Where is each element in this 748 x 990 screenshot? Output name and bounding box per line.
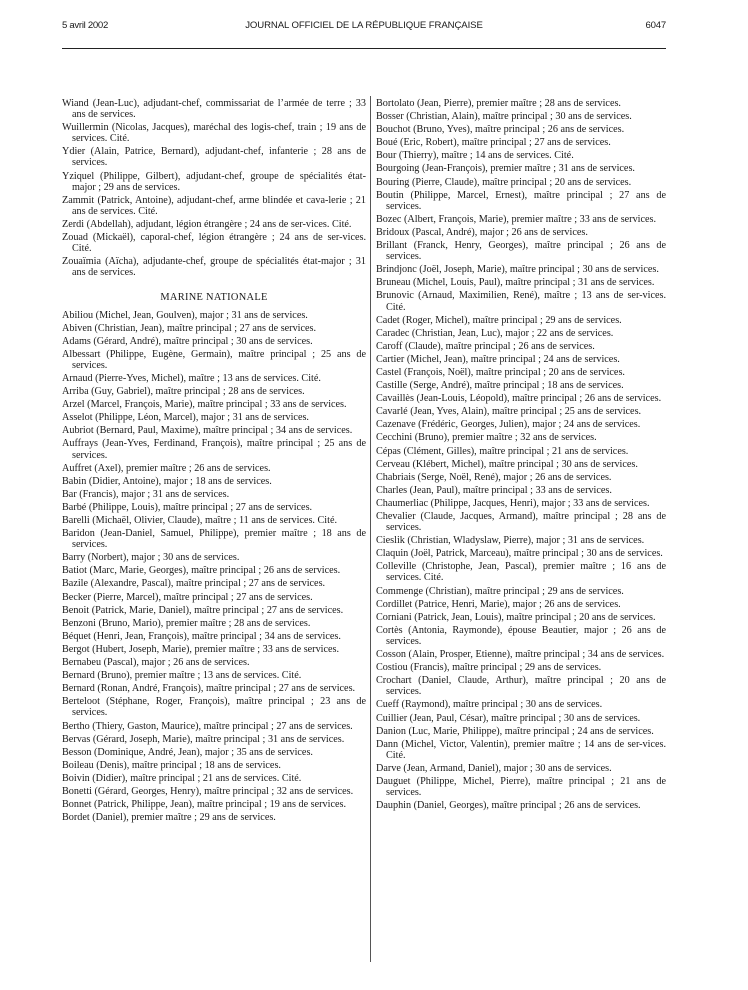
list-item: Wiand (Jean-Luc), adjudant-chef, commiss…	[62, 98, 366, 120]
page-header: 5 avril 2002 JOURNAL OFFICIEL DE LA RÉPU…	[62, 20, 666, 49]
list-item: Abiven (Christian, Jean), maître princip…	[62, 323, 366, 334]
navy-entries: Abiliou (Michel, Jean, Goulven), major ;…	[62, 310, 366, 824]
list-item: Cordillet (Patrice, Henri, Marie), major…	[376, 599, 666, 610]
list-item: Caroff (Claude), maître principal ; 26 a…	[376, 341, 666, 352]
list-item: Bour (Thierry), maître ; 14 ans de servi…	[376, 150, 666, 161]
list-item: Bazile (Alexandre, Pascal), maître princ…	[62, 578, 366, 589]
list-item: Baridon (Jean-Daniel, Samuel, Philippe),…	[62, 528, 366, 550]
list-item: Arzel (Marcel, François, Marie), maître …	[62, 399, 366, 410]
section-title-marine-nationale: MARINE NATIONALE	[62, 292, 366, 303]
list-item: Arnaud (Pierre-Yves, Michel), maître ; 1…	[62, 373, 366, 384]
list-item: Bar (Francis), major ; 31 ans de service…	[62, 489, 366, 500]
left-column: Wiand (Jean-Luc), adjudant-chef, commiss…	[62, 98, 366, 825]
list-item: Castille (Serge, André), maître principa…	[376, 380, 666, 391]
list-item: Barbé (Philippe, Louis), maître principa…	[62, 502, 366, 513]
list-item: Cavarlé (Jean, Yves, Alain), maître prin…	[376, 406, 666, 417]
list-item: Bridoux (Pascal, André), major ; 26 ans …	[376, 227, 666, 238]
list-item: Brunovic (Arnaud, Maximilien, René), maî…	[376, 290, 666, 312]
list-item: Bosser (Christian, Alain), maître princi…	[376, 111, 666, 122]
list-item: Cieslik (Christian, Wladyslaw, Pierre), …	[376, 535, 666, 546]
list-item: Bortolato (Jean, Pierre), premier maître…	[376, 98, 666, 109]
list-item: Bernabeu (Pascal), major ; 26 ans de ser…	[62, 657, 366, 668]
list-item: Bergot (Hubert, Joseph, Marie), premier …	[62, 644, 366, 655]
list-item: Boutin (Philippe, Marcel, Ernest), maîtr…	[376, 190, 666, 212]
list-item: Danion (Luc, Marie, Philippe), maître pr…	[376, 726, 666, 737]
list-item: Cueff (Raymond), maître principal ; 30 a…	[376, 699, 666, 710]
list-item: Corniani (Patrick, Jean, Louis), maître …	[376, 612, 666, 623]
list-item: Bonnet (Patrick, Philippe, Jean), maître…	[62, 799, 366, 810]
list-item: Dauphin (Daniel, Georges), maître princi…	[376, 800, 666, 811]
navy-entries-continued: Bortolato (Jean, Pierre), premier maître…	[376, 98, 666, 811]
list-item: Albessart (Philippe, Eugène, Germain), m…	[62, 349, 366, 371]
list-item: Wuillermin (Nicolas, Jacques), maréchal …	[62, 122, 366, 144]
list-item: Zerdi (Abdellah), adjudant, légion étran…	[62, 219, 366, 230]
list-item: Costiou (Francis), maître principal ; 29…	[376, 662, 666, 673]
list-item: Benzoni (Bruno, Mario), premier maître ;…	[62, 618, 366, 629]
list-item: Dauguet (Philippe, Michel, Pierre), maît…	[376, 776, 666, 798]
column-divider	[370, 96, 371, 962]
list-item: Cépas (Clément, Gilles), maître principa…	[376, 446, 666, 457]
list-item: Arriba (Guy, Gabriel), maître principal …	[62, 386, 366, 397]
list-item: Colleville (Christophe, Jean, Pascal), p…	[376, 561, 666, 583]
list-item: Zouaïmia (Aïcha), adjudante-chef, groupe…	[62, 256, 366, 278]
list-item: Boivin (Didier), maître principal ; 21 a…	[62, 773, 366, 784]
list-item: Chevalier (Claude, Jacques, Armand), maî…	[376, 511, 666, 533]
list-item: Bouchot (Bruno, Yves), maître principal …	[376, 124, 666, 135]
list-item: Brillant (Franck, Henry, Georges), maîtr…	[376, 240, 666, 262]
list-item: Brindjonc (Joël, Joseph, Marie), maître …	[376, 264, 666, 275]
list-item: Boileau (Denis), maître principal ; 18 a…	[62, 760, 366, 771]
list-item: Cavaillès (Jean-Louis, Léopold), maître …	[376, 393, 666, 404]
list-item: Bernard (Bruno), premier maître ; 13 ans…	[62, 670, 366, 681]
list-item: Caradec (Christian, Jean, Luc), major ; …	[376, 328, 666, 339]
journal-title: JOURNAL OFFICIEL DE LA RÉPUBLIQUE FRANÇA…	[62, 20, 666, 31]
list-item: Babin (Didier, Antoine), major ; 18 ans …	[62, 476, 366, 487]
list-item: Cerveau (Klébert, Michel), maître princi…	[376, 459, 666, 470]
list-item: Béquet (Henri, Jean, François), maître p…	[62, 631, 366, 642]
page-number: 6047	[645, 20, 666, 31]
list-item: Cazenave (Frédéric, Georges, Julien), ma…	[376, 419, 666, 430]
list-item: Yziquel (Philippe, Gilbert), adjudant-ch…	[62, 171, 366, 193]
list-item: Bourgoing (Jean-François), premier maîtr…	[376, 163, 666, 174]
list-item: Bouring (Pierre, Claude), maître princip…	[376, 177, 666, 188]
list-item: Cuillier (Jean, Paul, César), maître pri…	[376, 713, 666, 724]
right-column: Bortolato (Jean, Pierre), premier maître…	[376, 98, 666, 813]
list-item: Darve (Jean, Armand, Daniel), major ; 30…	[376, 763, 666, 774]
list-item: Dann (Michel, Victor, Valentin), premier…	[376, 739, 666, 761]
list-item: Barelli (Michaël, Olivier, Claude), maît…	[62, 515, 366, 526]
list-item: Charles (Jean, Paul), maître principal ;…	[376, 485, 666, 496]
list-item: Aubriot (Bernard, Paul, Maxime), maître …	[62, 425, 366, 436]
list-item: Abiliou (Michel, Jean, Goulven), major ;…	[62, 310, 366, 321]
list-item: Commenge (Christian), maître principal ;…	[376, 586, 666, 597]
list-item: Auffret (Axel), premier maître ; 26 ans …	[62, 463, 366, 474]
list-item: Cartier (Michel, Jean), maître principal…	[376, 354, 666, 365]
list-item: Bordet (Daniel), premier maître ; 29 ans…	[62, 812, 366, 823]
list-item: Claquin (Joël, Patrick, Marceau), maître…	[376, 548, 666, 559]
list-item: Cadet (Roger, Michel), maître principal …	[376, 315, 666, 326]
army-entries: Wiand (Jean-Luc), adjudant-chef, commiss…	[62, 98, 366, 278]
list-item: Bernard (Ronan, André, François), maître…	[62, 683, 366, 694]
list-item: Cortès (Antonia, Raymonde), épouse Beaut…	[376, 625, 666, 647]
list-item: Besson (Dominique, André, Jean), major ;…	[62, 747, 366, 758]
list-item: Chabriais (Serge, Noël, René), major ; 2…	[376, 472, 666, 483]
list-item: Bervas (Gérard, Joseph, Marie), maître p…	[62, 734, 366, 745]
list-item: Crochart (Daniel, Claude, Arthur), maîtr…	[376, 675, 666, 697]
list-item: Bozec (Albert, François, Marie), premier…	[376, 214, 666, 225]
list-item: Benoit (Patrick, Marie, Daniel), maître …	[62, 605, 366, 616]
list-item: Adams (Gérard, André), maître principal …	[62, 336, 366, 347]
list-item: Bonetti (Gérard, Georges, Henry), maître…	[62, 786, 366, 797]
list-item: Ydier (Alain, Patrice, Bernard), adjudan…	[62, 146, 366, 168]
list-item: Cosson (Alain, Prosper, Etienne), maître…	[376, 649, 666, 660]
list-item: Bruneau (Michel, Louis, Paul), maître pr…	[376, 277, 666, 288]
list-item: Zouad (Mickaël), caporal-chef, légion ét…	[62, 232, 366, 254]
list-item: Batiot (Marc, Marie, Georges), maître pr…	[62, 565, 366, 576]
list-item: Chaumerliac (Philippe, Jacques, Henri), …	[376, 498, 666, 509]
list-item: Castel (François, Noël), maître principa…	[376, 367, 666, 378]
list-item: Zammit (Patrick, Antoine), adjudant-chef…	[62, 195, 366, 217]
list-item: Cecchini (Bruno), premier maître ; 32 an…	[376, 432, 666, 443]
list-item: Boué (Eric, Robert), maître principal ; …	[376, 137, 666, 148]
list-item: Auffrays (Jean-Yves, Ferdinand, François…	[62, 438, 366, 460]
list-item: Bertho (Thiery, Gaston, Maurice), maître…	[62, 721, 366, 732]
list-item: Becker (Pierre, Marcel), maître principa…	[62, 592, 366, 603]
list-item: Barry (Norbert), major ; 30 ans de servi…	[62, 552, 366, 563]
list-item: Berteloot (Stéphane, Roger, François), m…	[62, 696, 366, 718]
list-item: Asselot (Philippe, Léon, Marcel), major …	[62, 412, 366, 423]
